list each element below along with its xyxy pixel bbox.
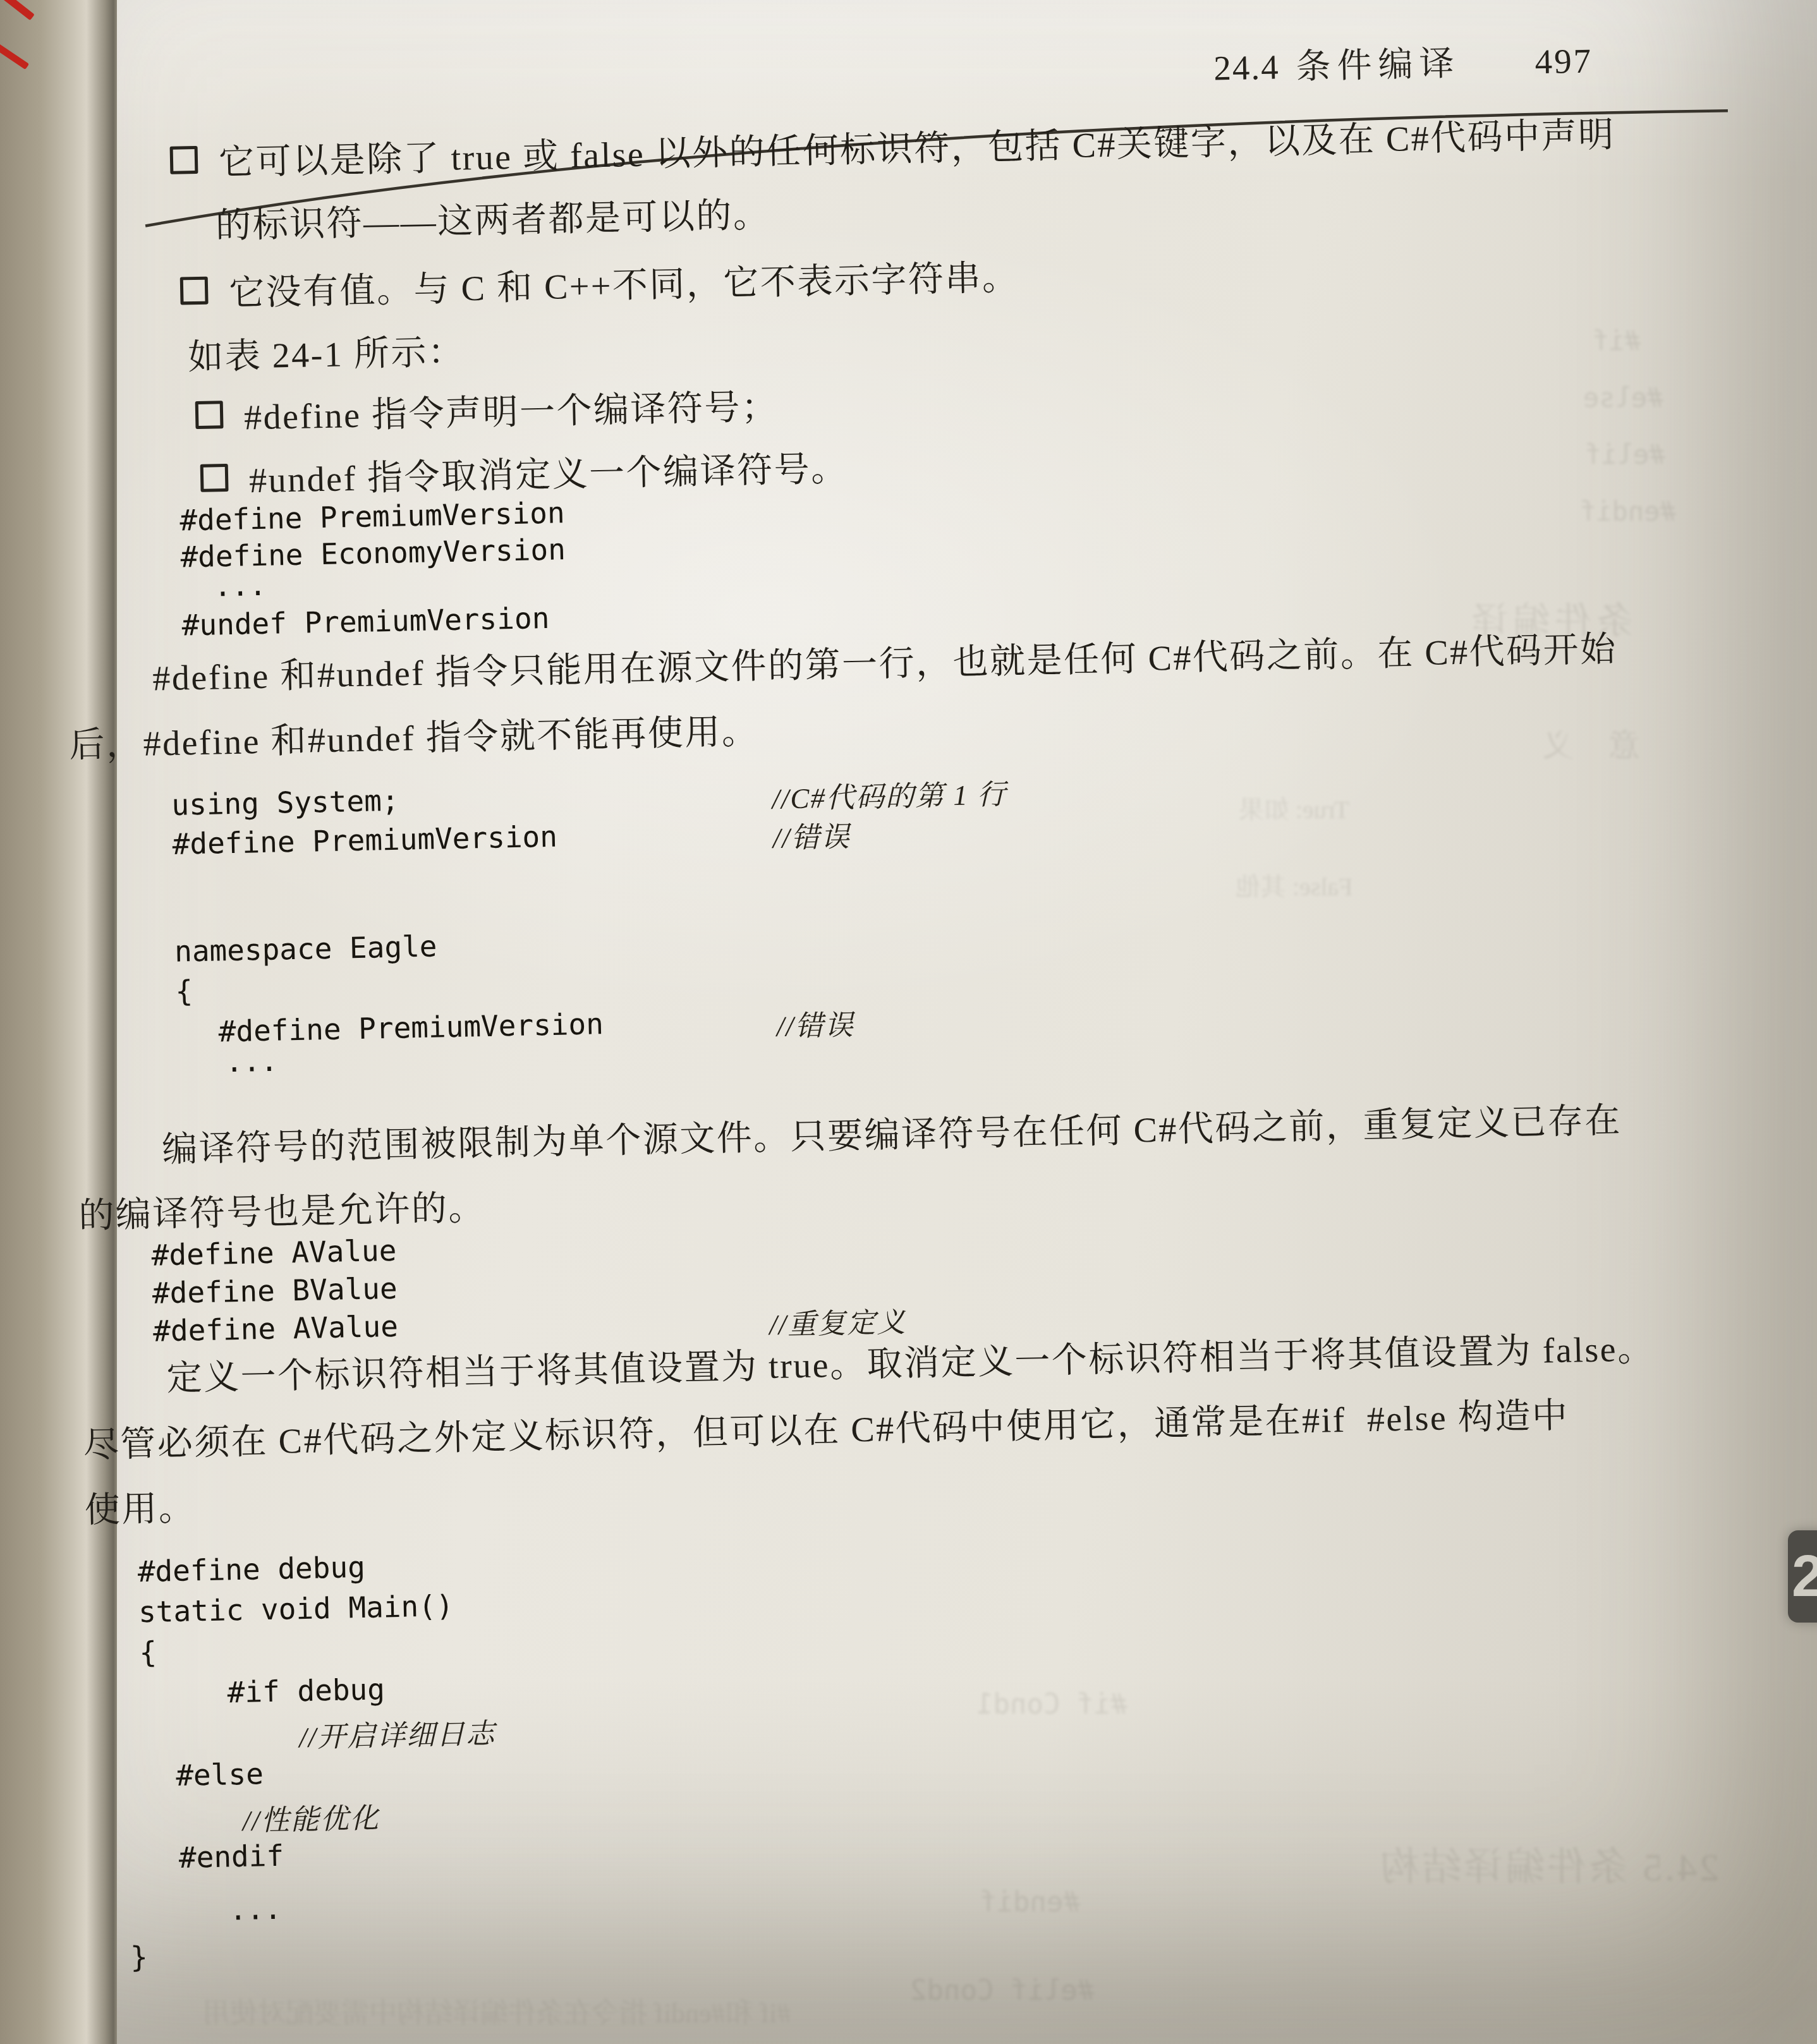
code-line: ... [214,568,267,603]
bullet-item: #define 指令声明一个编译符号； [195,379,779,441]
body-text-line: 使用。 [84,1480,196,1533]
chapter-tab-number: 2 [1792,1544,1817,1610]
code-text: #define PremiumVersion [218,1003,777,1056]
bullet-text: #define 指令声明一个编译符号； [243,379,779,440]
code-line: #define BValue [152,1271,398,1310]
code-line: { [175,974,193,1008]
code-line: #endif [178,1839,284,1875]
code-line: static void Main() [138,1588,454,1629]
code-line: ... [229,1892,282,1927]
body-text-line: 的编译符号也是允许的。 [78,1180,486,1238]
body-text-line: 编译符号的范围被限制为单个源文件。只要编译符号在任何 C#代码之前，重复定义已存… [162,1092,1622,1172]
code-comment: //错误 [776,1001,854,1044]
code-line: #define PremiumVersion [179,495,565,537]
body-text-line: 尽管必须在 C#代码之外定义标识符，但可以在 C#代码中使用它，通常是在#if … [83,1388,1569,1468]
bullet-text: #undef 指令取消定义一个编译符号。 [248,440,848,503]
body-text-line: 后，#define 和#undef 指令就不能再使用。 [69,703,759,768]
code-line: #define PremiumVersion //错误 [218,1001,854,1055]
code-line: #define AValue [151,1233,397,1273]
chapter-tab: 2 [1788,1530,1817,1623]
code-line: #if debug [227,1672,385,1709]
code-line: { [139,1635,157,1670]
code-line: #define debug [137,1550,365,1588]
code-line: ... [225,1044,278,1079]
body-text-line: 如表 24-1 所示： [187,324,465,380]
book-page-photo: #if #else #elif #endif 条件编译 意 义 True: 如果… [0,0,1817,2044]
page-content: 24.4 条件编译 497 它可以是除了 true 或 false 以外的任何标… [0,0,1817,2044]
code-line: } [130,1940,149,1974]
code-comment-line: //开启详细日志 [298,1710,495,1755]
bullet-item: #undef 指令取消定义一个编译符号。 [200,440,848,504]
code-line: #undef PremiumVersion [181,601,550,643]
bullet-square-icon [180,277,209,305]
code-comment-line: //性能优化 [242,1795,380,1839]
code-line: namespace Eagle [174,929,437,969]
code-line: #define EconomyVersion [180,532,566,574]
bullet-square-icon [195,401,224,429]
bullet-square-icon [170,146,198,174]
code-line: #else [176,1757,264,1793]
code-comment: //错误 [772,813,851,856]
bullet-square-icon [200,464,229,492]
code-comment: //C#代码的第 1 行 [772,771,1007,816]
